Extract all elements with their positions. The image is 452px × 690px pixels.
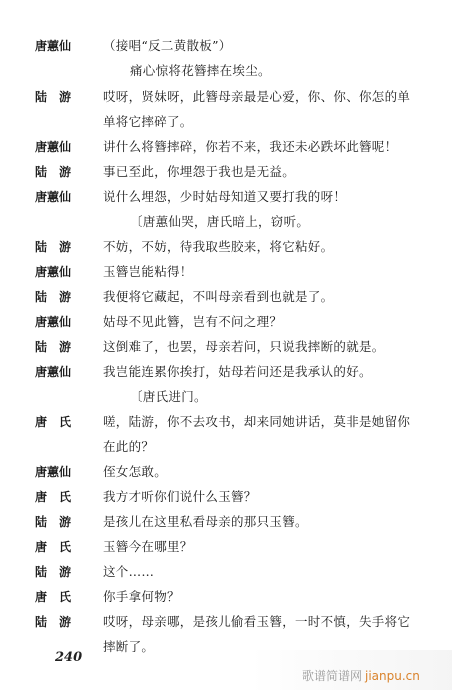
speaker-name: 唐蕙仙 — [35, 361, 95, 383]
speaker-name: 唐蕙仙 — [35, 136, 95, 158]
script-line-speech: 唐 氏我方才听你们说什么玉簪？ — [0, 486, 452, 508]
speaker-name: 唐蕙仙 — [35, 35, 95, 57]
dialogue-continuation: 摔断了。 — [103, 636, 154, 658]
dialogue-text: 说什么埋怨，少时姑母知道又要打我的呀！ — [103, 186, 346, 208]
dialogue-text: 玉簪今在哪里？ — [103, 536, 193, 558]
script-line-speech: 唐蕙仙说什么埋怨，少时姑母知道又要打我的呀！ — [0, 186, 452, 208]
dialogue-text: 哎呀，母亲哪，是孩儿偷看玉簪，一时不慎，失手将它 — [103, 611, 410, 633]
dialogue-text: 我岂能连累你挨打，姑母若问还是我承认的好。 — [103, 361, 372, 383]
watermark: 歌谱简谱网jianpu.cn — [302, 667, 420, 684]
speaker-name: 陆 游 — [35, 511, 95, 533]
watermark-domain: jianpu.cn — [365, 669, 420, 683]
script-line-speech: 陆 游这倒难了，也罢，母亲若问，只说我摔断的就是。 — [0, 336, 452, 358]
page-number: 240 — [55, 650, 82, 665]
speaker-name: 唐蕙仙 — [35, 261, 95, 283]
stage-direction: 〔唐氏进门。 — [130, 386, 207, 408]
script-line-speech: 唐蕙仙讲什么将簪摔碎，你若不来，我还未必跌坏此簪呢！ — [0, 136, 452, 158]
dialogue-text: 讲什么将簪摔碎，你若不来，我还未必跌坏此簪呢！ — [103, 136, 397, 158]
script-line-speech: 唐蕙仙玉簪岂能粘得！ — [0, 261, 452, 283]
dialogue-text: （接唱“反二黄散板”） — [103, 35, 232, 57]
dialogue-text: 嗟，陆游，你不去攻书，却来同她讲话，莫非是她留你 — [103, 411, 410, 433]
dialogue-text: 不妨，不妨，待我取些胶来，将它粘好。 — [103, 236, 333, 258]
speaker-name: 唐蕙仙 — [35, 311, 95, 333]
script-line-speech: 唐蕙仙侄女怎敢。 — [0, 461, 452, 483]
script-line-speech: 唐 氏嗟，陆游，你不去攻书，却来同她讲话，莫非是她留你 — [0, 411, 452, 433]
dialogue-text: 你手拿何物？ — [103, 586, 180, 608]
speaker-name: 陆 游 — [35, 86, 95, 108]
script-line-speech: 陆 游我便将它藏起，不叫母亲看到也就是了。 — [0, 286, 452, 308]
speaker-name: 陆 游 — [35, 561, 95, 583]
stage-direction: 〔唐蕙仙哭，唐氏暗上，窃听。 — [130, 211, 309, 233]
script-line-speech: 唐蕙仙姑母不见此簪，岂有不问之理？ — [0, 311, 452, 333]
script-line-speech: 陆 游不妨，不妨，待我取些胶来，将它粘好。 — [0, 236, 452, 258]
watermark-site-name: 歌谱简谱网 — [302, 669, 362, 683]
sung-lyric: 痛心惊将花簪摔在埃尘。 — [130, 60, 271, 82]
script-line-speech: 陆 游哎呀，贤妹呀，此簪母亲最是心爱，你、你、你怎的单 — [0, 86, 452, 108]
speaker-name: 陆 游 — [35, 286, 95, 308]
dialogue-continuation: 单将它摔碎了。 — [103, 111, 193, 133]
script-line-continuation: 单将它摔碎了。 — [0, 111, 452, 133]
dialogue-text: 我方才听你们说什么玉簪？ — [103, 486, 257, 508]
script-line-direction: 〔唐氏进门。 — [0, 386, 452, 408]
speaker-name: 唐 氏 — [35, 486, 95, 508]
script-line-speech: 唐 氏你手拿何物？ — [0, 586, 452, 608]
dialogue-text: 哎呀，贤妹呀，此簪母亲最是心爱，你、你、你怎的单 — [103, 86, 410, 108]
script-line-sung: 痛心惊将花簪摔在埃尘。 — [0, 60, 452, 82]
dialogue-text: 这个…… — [103, 561, 154, 583]
dialogue-text: 这倒难了，也罢，母亲若问，只说我摔断的就是。 — [103, 336, 385, 358]
speaker-name: 陆 游 — [35, 611, 95, 633]
script-page: 唐蕙仙（接唱“反二黄散板”）痛心惊将花簪摔在埃尘。陆 游哎呀，贤妹呀，此簪母亲最… — [0, 0, 452, 690]
speaker-name: 陆 游 — [35, 161, 95, 183]
dialogue-text: 玉簪岂能粘得！ — [103, 261, 193, 283]
script-line-speech: 唐 氏玉簪今在哪里？ — [0, 536, 452, 558]
script-line-speech: 唐蕙仙我岂能连累你挨打，姑母若问还是我承认的好。 — [0, 361, 452, 383]
dialogue-text: 事已至此，你埋怨于我也是无益。 — [103, 161, 295, 183]
script-line-speech: 唐蕙仙（接唱“反二黄散板”） — [0, 35, 452, 57]
speaker-name: 唐 氏 — [35, 586, 95, 608]
script-line-speech: 陆 游这个…… — [0, 561, 452, 583]
dialogue-text: 侄女怎敢。 — [103, 461, 167, 483]
script-line-speech: 陆 游哎呀，母亲哪，是孩儿偷看玉簪，一时不慎，失手将它 — [0, 611, 452, 633]
dialogue-text: 是孩儿在这里私看母亲的那只玉簪。 — [103, 511, 308, 533]
speaker-name: 唐 氏 — [35, 536, 95, 558]
script-line-speech: 陆 游是孩儿在这里私看母亲的那只玉簪。 — [0, 511, 452, 533]
script-line-direction: 〔唐蕙仙哭，唐氏暗上，窃听。 — [0, 211, 452, 233]
dialogue-text: 姑母不见此簪，岂有不问之理？ — [103, 311, 282, 333]
script-line-continuation: 在此的？ — [0, 436, 452, 458]
speaker-name: 唐蕙仙 — [35, 461, 95, 483]
speaker-name: 唐 氏 — [35, 411, 95, 433]
speaker-name: 唐蕙仙 — [35, 186, 95, 208]
speaker-name: 陆 游 — [35, 236, 95, 258]
dialogue-continuation: 在此的？ — [103, 436, 154, 458]
dialogue-text: 我便将它藏起，不叫母亲看到也就是了。 — [103, 286, 333, 308]
speaker-name: 陆 游 — [35, 336, 95, 358]
script-line-speech: 陆 游事已至此，你埋怨于我也是无益。 — [0, 161, 452, 183]
